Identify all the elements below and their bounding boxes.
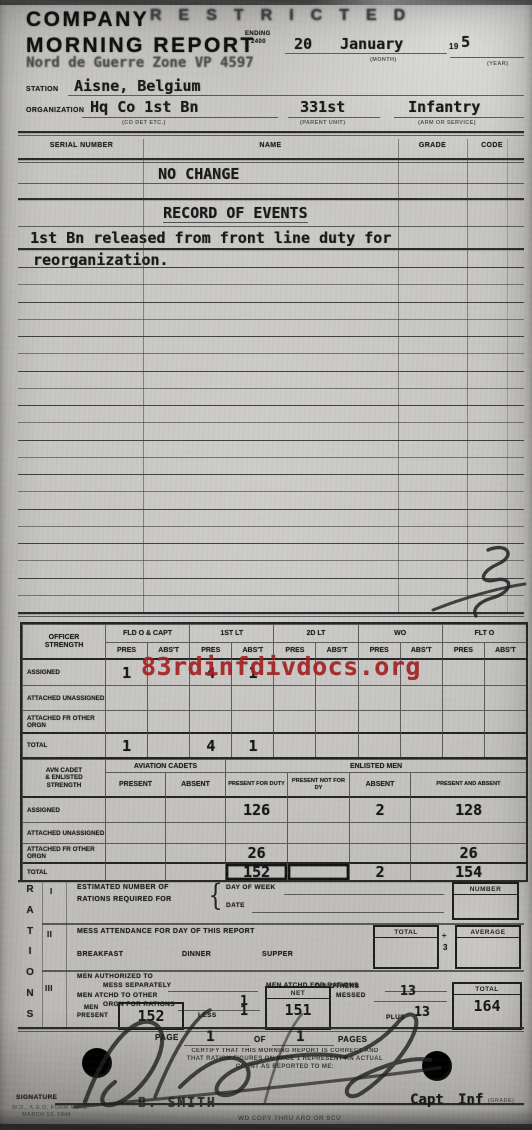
year-sublabel: (YEAR) <box>487 61 508 67</box>
rations-side-label: R A T I O N S <box>23 884 37 1020</box>
enlisted-cell <box>287 822 349 843</box>
enlisted-group-cadets: AVIATION CADETS <box>105 759 225 772</box>
enlisted-cell: 2 <box>349 862 410 880</box>
officer-cell <box>147 710 189 732</box>
enlisted-col-header: ABSENT <box>349 772 410 796</box>
rule-line <box>42 923 524 925</box>
officer-cell <box>442 710 484 732</box>
officer-corner-line1: OFFICER <box>49 634 80 642</box>
rations-total-label: TOTAL <box>454 984 520 995</box>
enlisted-cell <box>105 822 165 843</box>
rule-line <box>82 117 278 118</box>
scan-edge-bottom <box>0 1124 532 1130</box>
enlisted-cell: 2 <box>349 796 410 822</box>
officer-cell <box>273 685 315 710</box>
divide-by-three: 3 <box>443 943 448 952</box>
ending-time: 2400 <box>251 39 266 45</box>
section-numeral-3: III <box>45 984 53 993</box>
enlisted-cell <box>349 822 410 843</box>
mess-total-label: TOTAL <box>375 927 437 938</box>
rations-total-box: TOTAL 164 <box>452 982 522 1030</box>
rule-line <box>385 991 447 992</box>
zone-note: Nord de Guerre Zone VP 4597 <box>26 55 254 71</box>
enlisted-cell <box>287 796 349 822</box>
restricted-stamp: RESTRICTED <box>150 7 422 25</box>
rule-line <box>288 117 380 118</box>
rule-line <box>68 95 524 96</box>
net-label: NET <box>267 988 329 999</box>
officer-cell <box>231 685 273 710</box>
officer-cell <box>484 685 526 710</box>
events-line-1: 1st Bn released from front line duty for <box>30 229 391 247</box>
officer-cell <box>189 710 231 732</box>
officer-cell <box>105 710 147 732</box>
officer-cell <box>484 732 526 757</box>
enlisted-strength-table: AVN CADET & ENLISTED STRENGTH AVIATION C… <box>20 757 528 882</box>
enlisted-cell <box>105 862 165 880</box>
enlisted-col-header: PRESENT FOR DUTY <box>225 772 287 796</box>
rations-est-line2: RATIONS REQUIRED FOR <box>77 896 172 903</box>
roster-blank-row <box>18 371 524 406</box>
org-parent-sublabel: (PARENT UNIT) <box>300 120 345 126</box>
pen-squiggle-mark <box>428 540 528 620</box>
officer-cell <box>315 710 357 732</box>
mess-total-value <box>375 938 437 940</box>
rule-line <box>450 57 524 58</box>
officer-group-fld: FLD O & CAPT <box>105 624 189 642</box>
officer-cell <box>400 710 442 732</box>
rations-est-line1: ESTIMATED NUMBER OF <box>77 884 169 891</box>
rule-line <box>18 198 524 200</box>
form-title-company: COMPANY <box>26 8 149 32</box>
rule-line <box>394 117 524 118</box>
enlisted-cell: 128 <box>410 796 526 822</box>
rule-line <box>285 53 447 54</box>
roster-blank-row <box>18 474 524 509</box>
morning-report-scan: COMPANY RESTRICTED MORNING REPORT ENDING… <box>0 0 532 1130</box>
officer-cell <box>358 710 400 732</box>
enlisted-group-enlisted: ENLISTED MEN <box>225 759 526 772</box>
rule-line <box>18 226 524 227</box>
day-of-week-label: DAY OF WEEK <box>226 884 276 891</box>
officer-cell <box>442 658 484 685</box>
officer-cell <box>400 732 442 757</box>
column-divider <box>42 880 43 1028</box>
rule-line <box>18 183 524 184</box>
officer-row-label: ATTACHED UNASSIGNED <box>22 685 105 710</box>
roster-blank-row <box>18 302 524 337</box>
average-box: AVERAGE <box>455 925 521 969</box>
enlisted-corner-line2: & ENLISTED <box>45 774 82 782</box>
enlisted-cell: 126 <box>225 796 287 822</box>
roster-col-serial: SERIAL NUMBER <box>20 142 143 149</box>
watermark: 83rdinfdivdocs.org <box>141 652 421 681</box>
roster-blank-row <box>18 267 524 302</box>
officer-group-1stlt: 1ST LT <box>189 624 273 642</box>
year-field: 5 <box>461 33 470 51</box>
enlisted-col-header: PRESENT <box>105 772 165 796</box>
number-box-label: NUMBER <box>454 884 517 895</box>
enlisted-cell: 26 <box>225 843 287 862</box>
enlisted-row-label: ASSIGNED <box>22 796 105 822</box>
rule-line <box>18 162 524 163</box>
roster-blank-row <box>18 405 524 440</box>
officer-cell <box>484 658 526 685</box>
officer-cell <box>358 685 400 710</box>
roster-col-code: CODE <box>467 142 517 149</box>
mess-total-box: TOTAL <box>373 925 439 969</box>
rule-line <box>284 894 444 895</box>
officer-cell <box>147 685 189 710</box>
enlisted-row-label: ATTACHED UNASSIGNED <box>22 822 105 843</box>
record-of-events-title: RECORD OF EVENTS <box>163 204 308 223</box>
enlisted-cell-total-pnfd <box>287 862 349 880</box>
officer-cell: 4 <box>189 732 231 757</box>
enlisted-corner-line3: STRENGTH <box>47 782 82 790</box>
men-authorized-line2: MESS SEPARATELY <box>103 982 171 989</box>
roster-col-name: NAME <box>143 142 398 149</box>
enlisted-col-header: PRESENT NOT FOR DY <box>287 772 349 796</box>
day-field: 20 <box>294 35 312 53</box>
month-sublabel: (MONTH) <box>370 57 397 63</box>
enlisted-cell-total-pfd: 152 <box>225 862 287 880</box>
arm-field: Inf <box>458 1092 483 1108</box>
org-unit-sublabel: (CO DET ETC.) <box>122 120 166 126</box>
roster-col-grade: GRADE <box>398 142 467 149</box>
rule-line <box>42 970 524 972</box>
officer-cell <box>105 685 147 710</box>
men-authorized-line1: MEN AUTHORIZED TO <box>77 973 153 980</box>
officer-cell: 1 <box>105 732 147 757</box>
divide-sign: ÷ <box>442 931 447 940</box>
column-divider <box>398 139 399 612</box>
others-messed-value: 13 <box>400 984 416 999</box>
enlisted-corner-label: AVN CADET & ENLISTED STRENGTH <box>22 759 105 796</box>
officer-cell <box>231 710 273 732</box>
org-parent-field: 331st <box>300 98 345 116</box>
column-divider <box>143 139 144 612</box>
officer-cell <box>189 685 231 710</box>
officer-subhead-abst: ABS'T <box>484 642 526 658</box>
organization-label: ORGANIZATION <box>26 107 84 114</box>
officer-cell: 1 <box>231 732 273 757</box>
roster-blank-row <box>18 509 524 544</box>
ending-label: ENDING <box>245 31 271 37</box>
enlisted-cell: 26 <box>410 843 526 862</box>
officer-subhead-pres: PRES <box>442 642 484 658</box>
brace-glyph: { <box>208 878 222 913</box>
enlisted-col-header: PRESENT AND ABSENT <box>410 772 526 796</box>
grade-sublabel: (GRADE) <box>488 1098 514 1104</box>
officer-row-label: TOTAL <box>22 732 105 757</box>
rule-line <box>252 912 444 913</box>
enlisted-cell: 154 <box>410 862 526 880</box>
enlisted-cell <box>349 843 410 862</box>
officer-group-2dlt: 2D LT <box>273 624 357 642</box>
enlisted-col-header: ABSENT <box>165 772 225 796</box>
officer-strength-table: OFFICER STRENGTH FLD O & CAPT 1ST LT 2D … <box>20 622 528 759</box>
officer-cell <box>273 732 315 757</box>
officer-corner-line2: STRENGTH <box>45 642 84 650</box>
enlisted-cell <box>165 843 225 862</box>
supper-label: SUPPER <box>262 951 293 958</box>
men-atchd-other-line1: MEN ATCHD TO OTHER <box>77 992 158 999</box>
rule-line <box>168 991 258 992</box>
officer-group-wo: WO <box>358 624 442 642</box>
breakfast-label: BREAKFAST <box>77 951 123 958</box>
org-arm-field: Infantry <box>408 98 480 116</box>
rule-line <box>18 135 524 136</box>
station-label: STATION <box>26 86 58 93</box>
year-prefix: 19 <box>449 42 459 51</box>
signature-label: SIGNATURE <box>16 1094 57 1101</box>
enlisted-row-label: TOTAL <box>22 862 105 880</box>
month-field: January <box>340 35 403 53</box>
officer-group-flto: FLT O <box>442 624 526 642</box>
roster-blank-row <box>18 336 524 371</box>
section-numeral-2: II <box>47 930 52 939</box>
officer-cell <box>400 685 442 710</box>
officer-row-label: ASSIGNED <box>22 658 105 685</box>
date-label: DATE <box>226 902 245 909</box>
officer-row-label: ATTACHED FR OTHER ORGN <box>22 710 105 732</box>
average-value <box>457 938 519 940</box>
rule-line <box>18 248 524 250</box>
enlisted-cell <box>105 843 165 862</box>
officer-cell <box>147 732 189 757</box>
enlisted-cell <box>105 796 165 822</box>
officer-cell <box>358 732 400 757</box>
enlisted-cell <box>165 796 225 822</box>
average-label: AVERAGE <box>457 927 519 938</box>
enlisted-cell <box>410 822 526 843</box>
dinner-label: DINNER <box>182 951 211 958</box>
mess-attendance-title: MESS ATTENDANCE FOR DAY OF THIS REPORT <box>77 928 255 935</box>
org-arm-sublabel: (ARM OR SERVICE) <box>418 120 476 126</box>
officer-cell <box>315 732 357 757</box>
enlisted-cell <box>225 822 287 843</box>
others-line2: MESSED <box>336 992 366 999</box>
roster-blank-row <box>18 440 524 475</box>
enlisted-row-label: ATTACHED FR OTHER ORGN <box>22 843 105 862</box>
scan-edge-top <box>0 0 532 5</box>
enlisted-cell <box>165 822 225 843</box>
officer-corner-label: OFFICER STRENGTH <box>22 624 105 658</box>
station-field: Aisne, Belgium <box>74 77 200 95</box>
officer-cell <box>442 732 484 757</box>
officer-cell <box>442 685 484 710</box>
number-box: NUMBER <box>452 882 519 920</box>
officer-cell <box>273 710 315 732</box>
rule-line <box>18 880 524 882</box>
roster-entry-no-change: NO CHANGE <box>158 165 239 183</box>
rations-total-value: 164 <box>454 995 520 1015</box>
handwritten-signature <box>60 1002 460 1120</box>
rule-line <box>18 131 524 133</box>
org-unit-field: Hq Co 1st Bn <box>90 98 198 116</box>
officer-cell <box>315 685 357 710</box>
officer-cell <box>484 710 526 732</box>
section-numeral-1: I <box>50 887 53 896</box>
enlisted-cell <box>287 843 349 862</box>
rule-line <box>18 158 524 160</box>
number-box-value <box>454 895 517 897</box>
